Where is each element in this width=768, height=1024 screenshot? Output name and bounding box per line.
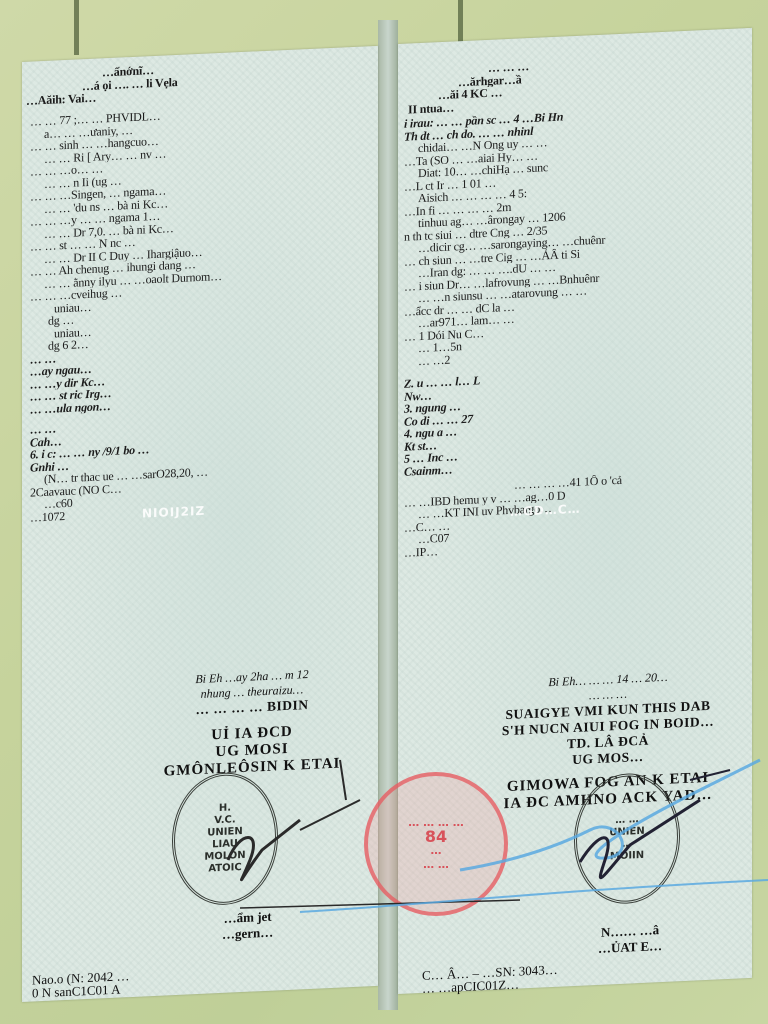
signer-caption: …gern… xyxy=(222,925,273,943)
seal-text: MOIIN xyxy=(609,850,644,864)
signer-name: …ẩm jet …gern… xyxy=(222,909,273,943)
left-signature-block: Bi Eh …ay 2ha … m 12 nhung … theuraizu… … xyxy=(132,664,372,782)
watermark-text: NIOIJ2IZ xyxy=(142,504,205,521)
red-seal: … … … … 84 … … … xyxy=(364,772,508,916)
seal-text: … … xyxy=(408,858,464,872)
seal-text: ATOIC xyxy=(204,862,245,876)
background-stripe xyxy=(74,0,79,55)
official-seal: H. V.C. UNIEN LIAU MOLON ATOIC xyxy=(172,770,278,907)
seal-text: UNIEN xyxy=(204,826,245,840)
left-body: … … 77 ;… … PHVIDL… a… … …ưaniy, … … … s… xyxy=(30,101,360,524)
footer-line: 0 N sanC1C01 A xyxy=(32,982,130,999)
left-header: …ấnớnĩ… …á ọi …. … li Vẹla …Aăih: Vai… xyxy=(62,63,178,106)
seal-text: … xyxy=(408,844,464,858)
signer-caption: …ỦAT E… xyxy=(598,938,662,957)
certificate-number: C… Â… – …SN: 3043… … …apCIC01Z… xyxy=(422,963,558,995)
right-header: … … … …ărhgar…ầ …ăi 4 KC … II ntua… xyxy=(408,60,529,115)
seal-text: UNIEN xyxy=(609,826,644,840)
seal-text: 84 xyxy=(408,830,464,844)
signer-name: N…… …â …ỦAT E… xyxy=(598,922,662,957)
right-body: i irau: … … pần sc … 4 …Bi Hn Th dt … ch… xyxy=(404,102,744,558)
certificate-number: Nao.o (N: 2042 … 0 N sanC1C01 A xyxy=(32,969,130,999)
left-page: …ấnớnĩ… …á ọi …. … li Vẹla …Aăih: Vai… …… xyxy=(22,46,378,1002)
